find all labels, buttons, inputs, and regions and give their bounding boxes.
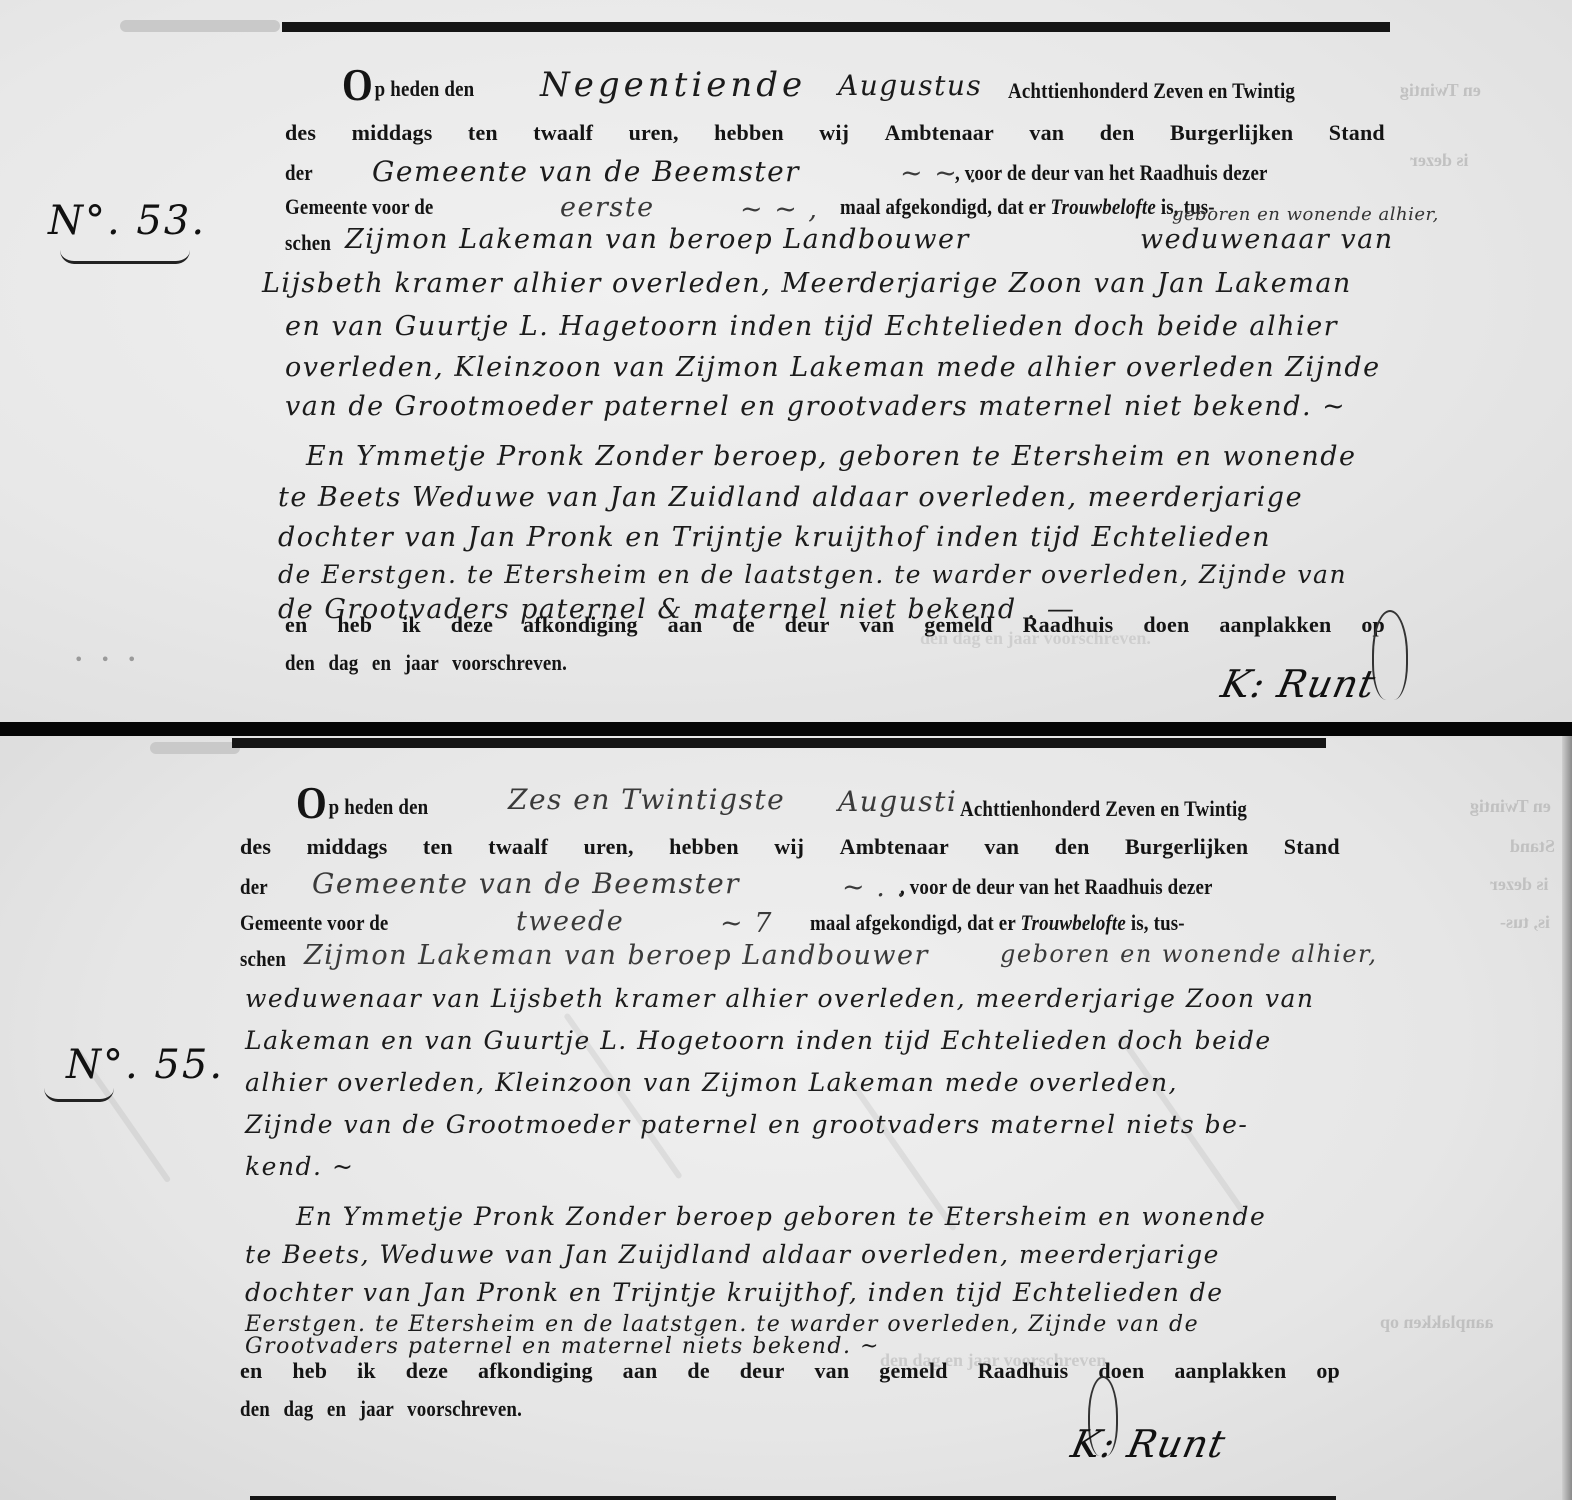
- handwritten-tail: geboren en wonende alhier,: [1000, 942, 1378, 966]
- printed-afgekondigd: maal afgekondigd, dat er Trouwbelofte is…: [840, 196, 1215, 218]
- handwritten-ordinal: tweede: [516, 908, 624, 935]
- signature: K: Runt: [1217, 662, 1379, 706]
- handwritten-fill: ~ ~ ,: [740, 196, 819, 223]
- printed-year: Achttienhonderd Zeven en Twintig: [960, 798, 1247, 820]
- drop-cap: O: [296, 777, 327, 828]
- printed-year: Achttienhonderd Zeven en Twintig: [1008, 80, 1295, 102]
- signature-flourish: [1372, 610, 1408, 700]
- handwritten-municipality: Gemeente van de Beemster: [372, 158, 800, 186]
- faint-rule: [150, 742, 240, 754]
- handwritten-line: Zijnde van de Grootmoeder paternel en gr…: [245, 1112, 1248, 1137]
- header-rule: [282, 22, 1390, 32]
- handwritten-line: Lakeman en van Guurtje L. Hogetoorn inde…: [245, 1028, 1272, 1053]
- handwritten-line: de Eerstgen. te Etersheim en de laatstge…: [278, 562, 1347, 587]
- handwritten-fill: ~ . .: [842, 874, 906, 901]
- printed-opening: Op heden den: [296, 780, 428, 826]
- printed-gemeente: Gemeente voor de: [285, 196, 433, 218]
- handwritten-line: dochter van Jan Pronk en Trijntje kruijt…: [245, 1280, 1224, 1305]
- printed-closing-2: den dag en jaar voorschreven.: [285, 652, 567, 674]
- handwritten-interlinear: geboren en wonende alhier,: [1172, 206, 1439, 224]
- record-number: N°. 53.: [48, 198, 206, 244]
- printed-closing-2: den dag en jaar voorschreven.: [240, 1398, 522, 1420]
- signature: K: Runt: [1067, 1422, 1229, 1466]
- record-number: N°. 55.: [66, 1042, 224, 1088]
- printed-closing-1: en heb ik deze afkondiging aan de deur v…: [285, 614, 1385, 636]
- printed-trouwbelofte: Trouwbelofte: [1051, 194, 1156, 219]
- scan-divider: [0, 722, 1572, 736]
- header-rule: [232, 738, 1326, 748]
- handwritten-month: Augusti: [838, 788, 957, 816]
- footer-rule: [250, 1496, 1336, 1500]
- printed-line-2: des middags ten twaalf uren, hebben wij …: [240, 836, 1340, 858]
- handwritten-line: En Ymmetje Pronk Zonder beroep, geboren …: [306, 443, 1357, 470]
- bleed-through-text: is, tus-: [1500, 912, 1550, 933]
- faint-rule: [120, 20, 280, 32]
- handwritten-line: dochter van Jan Pronk en Trijntje kruijt…: [278, 524, 1271, 551]
- scan-record-55: en Twintig Stand is dezer is, tus- aanpl…: [0, 736, 1572, 1500]
- handwritten-line: En Ymmetje Pronk Zonder beroep geboren t…: [296, 1204, 1266, 1229]
- handwritten-groom: Zijmon Lakeman van beroep Landbouwer: [345, 226, 970, 253]
- handwritten-line: kend. ~: [245, 1154, 354, 1179]
- handwritten-line: en van Guurtje L. Hagetoorn inden tijd E…: [285, 313, 1338, 340]
- handwritten-day: Zes en Twintigste: [508, 786, 785, 814]
- handwritten-day: Negentiende: [540, 68, 806, 102]
- bleed-through-text: en Twintig: [1470, 796, 1551, 817]
- handwritten-line: alhier overleden, Kleinzoon van Zijmon L…: [245, 1070, 1178, 1095]
- scan-record-53: en Twintig is dezer den dag en jaar voor…: [0, 0, 1572, 722]
- printed-opening: Op heden den: [342, 62, 474, 108]
- handwritten-line: te Beets Weduwe van Jan Zuidland aldaar …: [278, 484, 1303, 511]
- printed-schen: schen: [285, 232, 331, 254]
- record-number-flourish: [44, 1088, 114, 1102]
- printed-der: der: [285, 162, 313, 184]
- printed-raadhuis: , voor de deur van het Raadhuis dezer: [900, 876, 1213, 898]
- printed-der: der: [240, 876, 268, 898]
- bleed-through-text: en Twintig: [1400, 80, 1481, 101]
- printed-gemeente: Gemeente voor de: [240, 912, 388, 934]
- handwritten-ordinal: eerste: [560, 194, 655, 221]
- handwritten-line: Lijsbeth kramer alhier overleden, Meerde…: [262, 270, 1352, 297]
- page-edge: [1562, 736, 1572, 1500]
- record-number-flourish: [60, 250, 190, 264]
- drop-cap: O: [342, 59, 373, 110]
- handwritten-fill: ~ 7: [720, 910, 773, 937]
- handwritten-line: te Beets, Weduwe van Jan Zuijdland aldaa…: [245, 1242, 1220, 1267]
- bleed-through-text: is dezer: [1490, 874, 1548, 895]
- bleed-through-text: Stand: [1510, 836, 1555, 857]
- printed-raadhuis: , voor de deur van het Raadhuis dezer: [955, 162, 1268, 184]
- bleed-through-text: aanplakken op: [1380, 1312, 1494, 1333]
- handwritten-line: Eerstgen. te Etersheim en de laatstgen. …: [245, 1314, 1199, 1336]
- printed-schen: schen: [240, 948, 286, 970]
- handwritten-line: Grootvaders paternel en maternel niets b…: [245, 1336, 880, 1358]
- bleed-through-text: is dezer: [1410, 150, 1468, 171]
- handwritten-line: weduwenaar van Lijsbeth kramer alhier ov…: [245, 986, 1315, 1011]
- handwritten-municipality: Gemeente van de Beemster: [312, 870, 740, 898]
- printed-line-2: des middags ten twaalf uren, hebben wij …: [285, 122, 1385, 144]
- handwritten-groom: Zijmon Lakeman van beroep Landbouwer: [304, 942, 929, 969]
- handwritten-tail: weduwenaar van: [1140, 226, 1394, 253]
- printed-trouwbelofte: Trouwbelofte: [1021, 910, 1126, 935]
- handwritten-line: van de Grootmoeder paternel en grootvade…: [285, 393, 1346, 420]
- margin-dots: • • •: [74, 650, 142, 669]
- handwritten-month: Augustus: [838, 72, 982, 100]
- printed-afgekondigd: maal afgekondigd, dat er Trouwbelofte is…: [810, 912, 1185, 934]
- handwritten-line: overleden, Kleinzoon van Zijmon Lakeman …: [285, 354, 1381, 381]
- printed-closing-1: en heb ik deze afkondiging aan de deur v…: [240, 1360, 1340, 1382]
